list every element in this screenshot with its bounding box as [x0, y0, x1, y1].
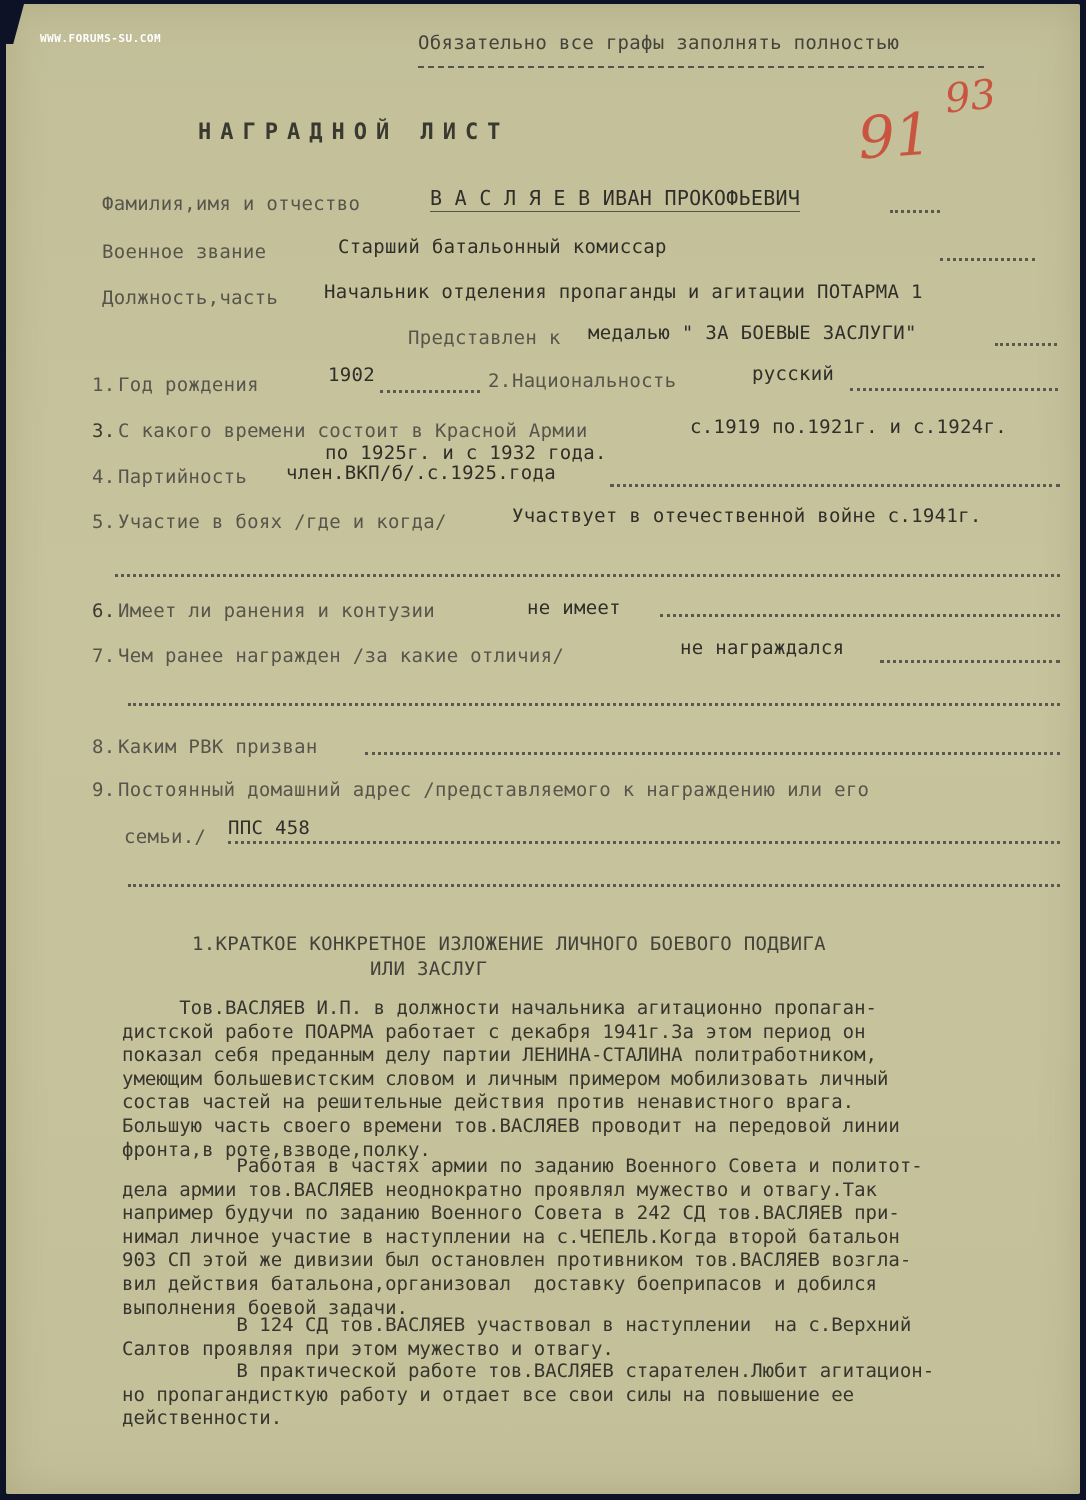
item-2-value: русский: [752, 363, 834, 385]
archive-mark-93: 93: [943, 71, 998, 122]
item-5-label: Участие в боях /где и когда/: [118, 511, 447, 533]
item-9-label: Постоянный домашний адрес /представляемо…: [118, 779, 869, 801]
item-8-number: 8.: [92, 736, 115, 758]
dotted-fill: [228, 841, 1060, 844]
watermark: WWW.FORUMS-SU.COM: [40, 32, 161, 45]
section-heading: 1.КРАТКОЕ КОНКРЕТНОЕ ИЗЛОЖЕНИЕ ЛИЧНОГО Б…: [192, 933, 826, 955]
position-label: Должность,часть: [102, 287, 278, 309]
item-7-number: 7.: [92, 645, 115, 667]
item-8-label: Каким РВК призван: [118, 736, 318, 758]
full-name-value: В А С Л Я Е В ИВАН ПРОКОФЬЕВИЧ: [430, 186, 800, 212]
item-3-value-continued: по 1925г. и с 1932 года.: [325, 442, 607, 464]
item-5-value: Участвует в отечественной войне с.1941г.: [512, 505, 982, 527]
item-7-label: Чем ранее награжден /за какие отличия/: [118, 645, 564, 667]
dotted-fill: [880, 660, 1060, 663]
item-4-value: член.ВКП/б/.с.1925.года: [286, 462, 556, 484]
dotted-line: [128, 884, 1060, 887]
rank-label: Военное звание: [102, 241, 266, 263]
full-name-label: Фамилия,имя и отчество: [102, 193, 360, 215]
dotted-fill: [940, 258, 1035, 261]
narrative-paragraph-2: Работая в частях армии по заданию Военно…: [122, 1155, 1052, 1320]
item-6-label: Имеет ли ранения и контузии: [118, 600, 435, 622]
nominated-value: медалью " ЗА БОЕВЫЕ ЗАСЛУГИ": [588, 322, 917, 344]
item-3-number: 3.: [92, 420, 115, 442]
item-1-label: Год рождения: [118, 374, 259, 396]
nominated-label: Представлен к: [408, 327, 561, 349]
item-9-label-continued: семьи./: [124, 826, 206, 848]
item-4-number: 4.: [92, 466, 115, 488]
dotted-fill: [850, 388, 1058, 391]
dotted-fill: [365, 752, 1060, 755]
archive-mark-91: 91: [856, 100, 934, 173]
narrative-paragraph-3: В 124 СД тов.ВАСЛЯЕВ участвовал в наступ…: [122, 1314, 1052, 1361]
item-6-value: не имеет: [527, 597, 621, 619]
dotted-fill: [995, 343, 1057, 346]
item-2-number: 2.: [488, 370, 511, 392]
narrative-paragraph-1: Тов.ВАСЛЯЕВ И.П. в должности начальника …: [122, 997, 1052, 1162]
rank-value: Старший батальонный комиссар: [338, 236, 667, 258]
item-6-number: 6.: [92, 600, 115, 622]
dotted-fill: [660, 614, 1060, 617]
item-4-label: Партийность: [118, 466, 247, 488]
dotted-fill: [610, 484, 1060, 487]
item-7-value: не награждался: [680, 637, 844, 659]
section-heading-continued: ИЛИ ЗАСЛУГ: [370, 958, 487, 980]
item-1-value: 1902: [328, 364, 375, 386]
narrative-paragraph-4: В практической работе тов.ВАСЛЯЕВ старат…: [122, 1360, 1052, 1431]
dotted-line: [128, 703, 1060, 706]
item-9-number: 9.: [92, 779, 115, 801]
dotted-fill: [380, 390, 480, 393]
item-5-number: 5.: [92, 511, 115, 533]
dotted-fill: [890, 210, 940, 213]
item-3-label: С какого времени состоит в Красной Армии: [118, 420, 588, 442]
item-3-value: с.1919 по.1921г. и с.1924г.: [690, 416, 1007, 438]
dotted-line: [115, 574, 1060, 577]
document-title: НАГРАДНОЙ ЛИСТ: [198, 120, 509, 145]
item-2-label: Национальность: [512, 370, 676, 392]
item-1-number: 1.: [92, 374, 115, 396]
item-9-value: ППС 458: [228, 817, 310, 839]
header-note: Обязательно все графы заполнять полность…: [418, 32, 899, 54]
position-value: Начальник отделения пропаганды и агитаци…: [324, 281, 923, 303]
header-rule: [418, 66, 984, 68]
